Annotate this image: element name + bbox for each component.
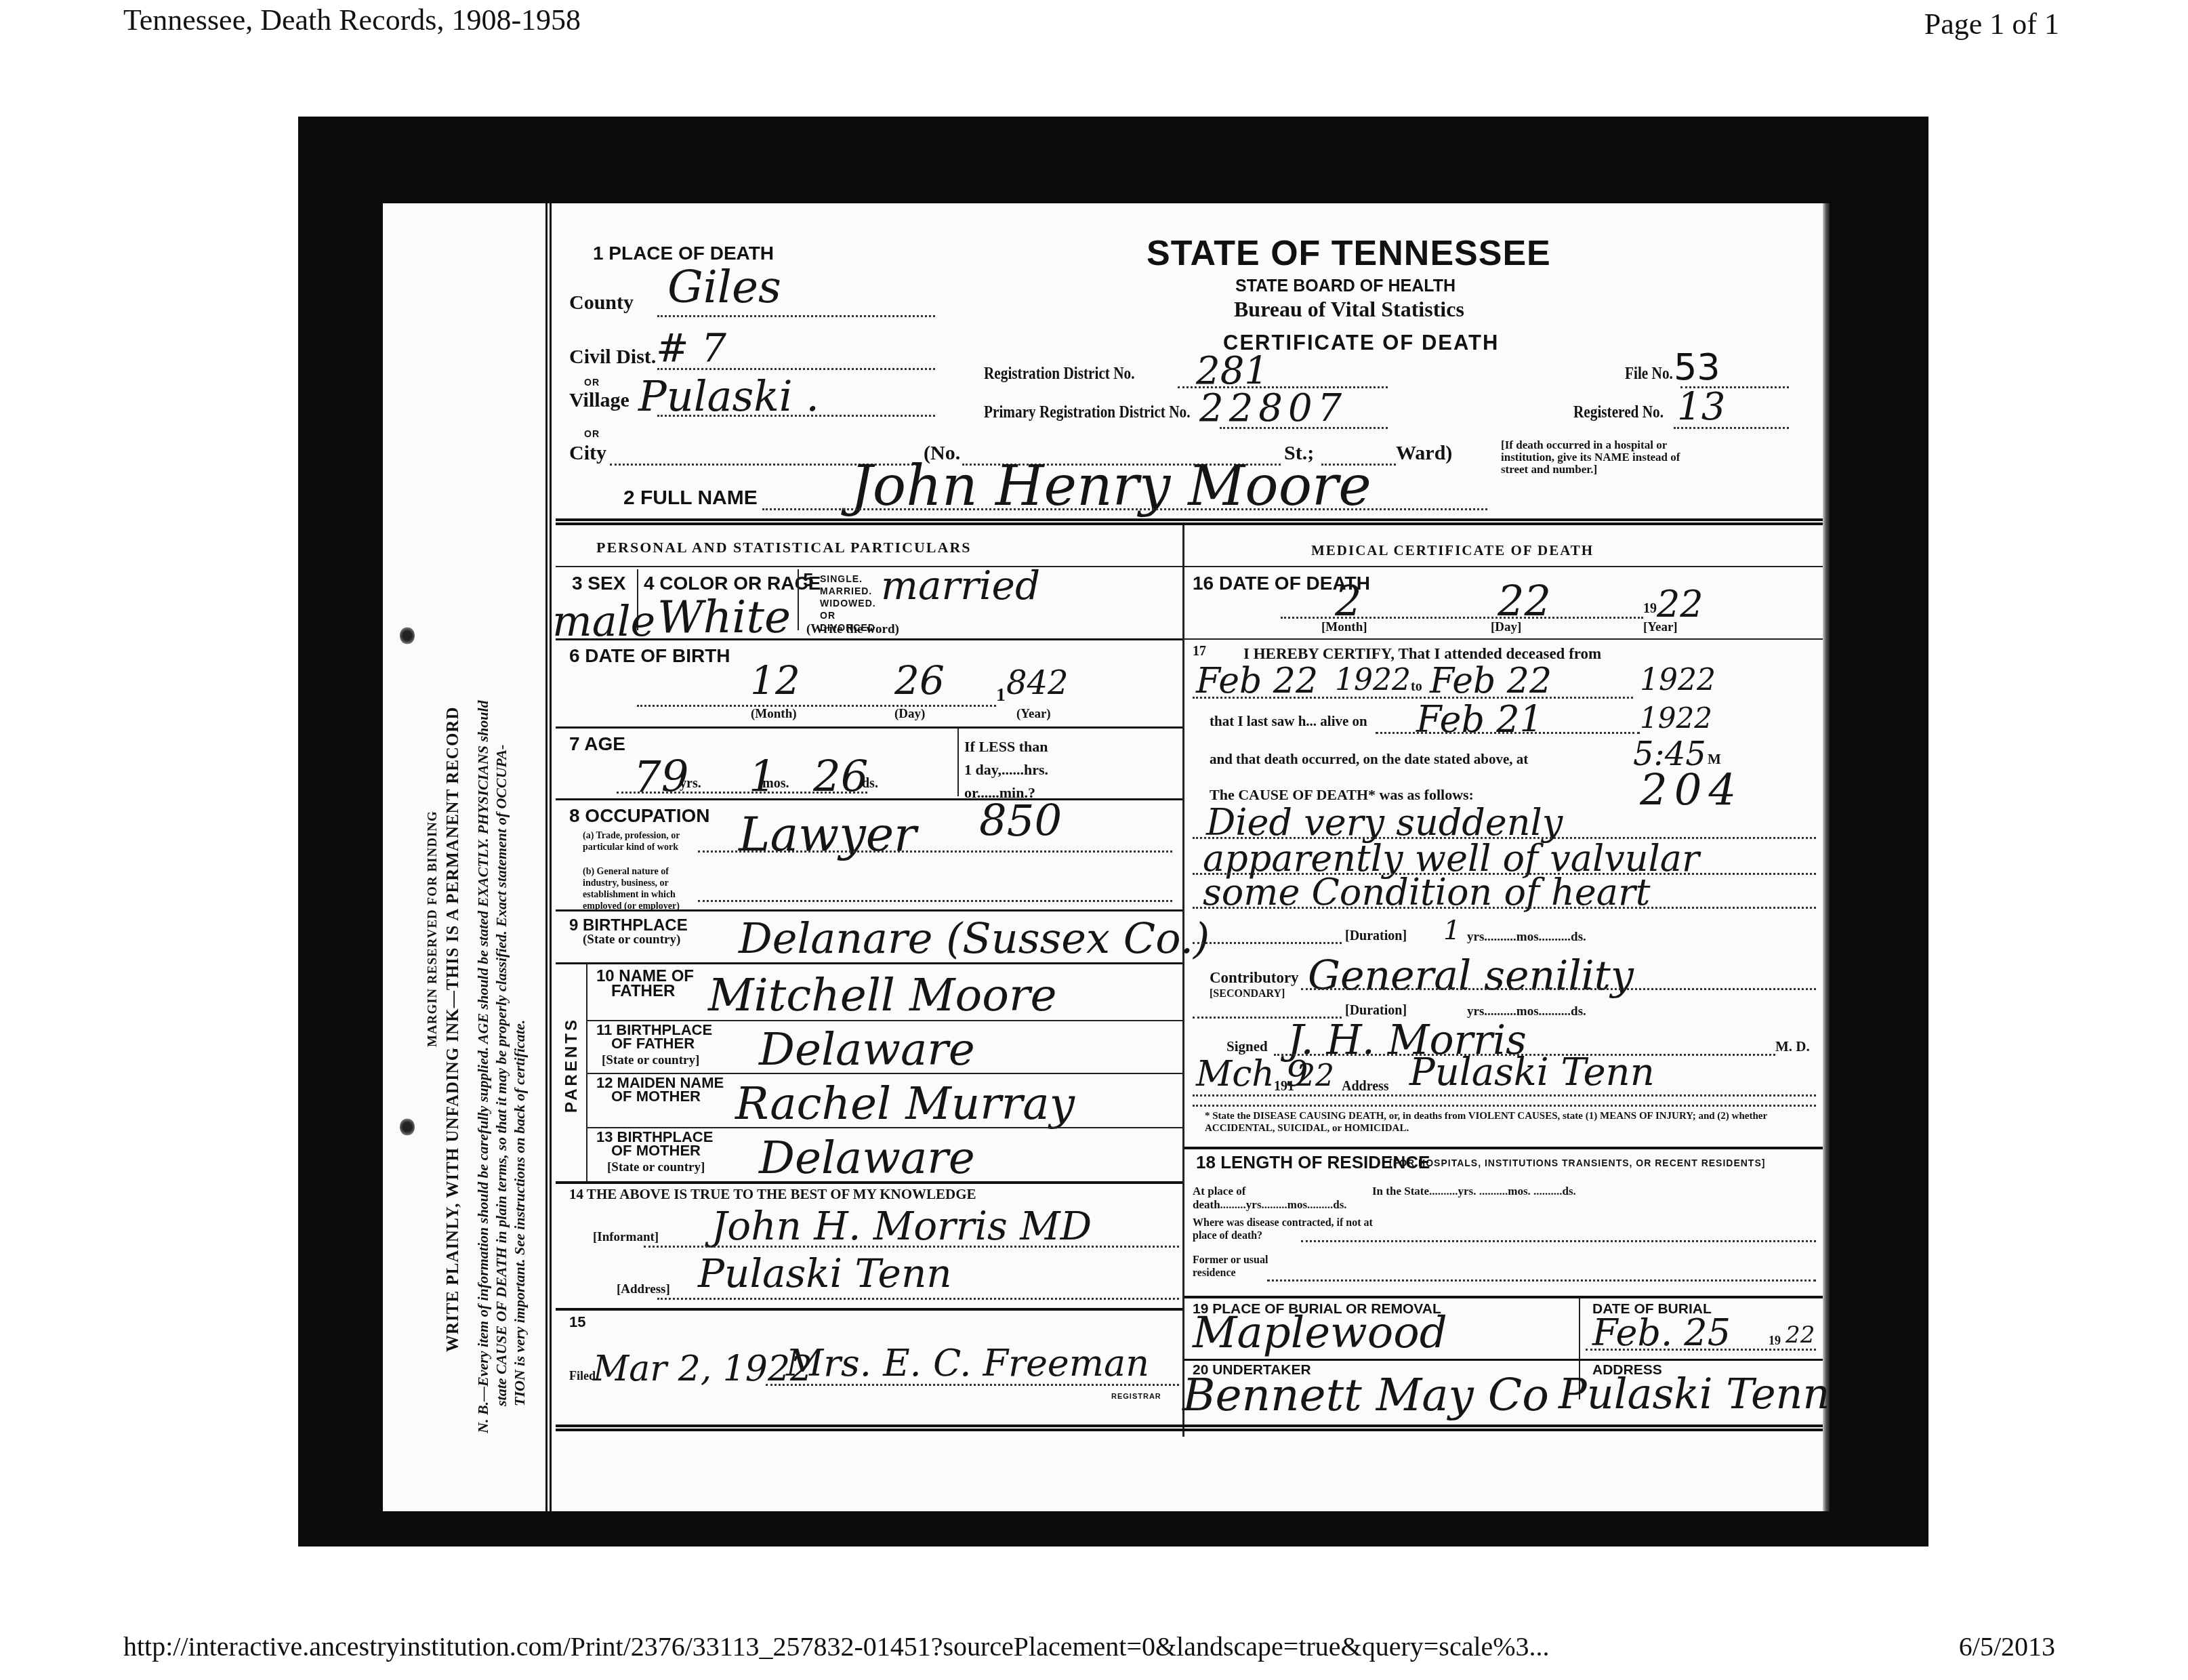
mos-label: mos. bbox=[762, 776, 789, 792]
state-title: STATE OF TENNESSEE bbox=[1147, 233, 1551, 274]
informant-label: [Informant] bbox=[593, 1230, 659, 1245]
parents-side-label: PARENTS bbox=[562, 1017, 581, 1113]
civil-dist-value: # 7 bbox=[656, 325, 726, 371]
occupation-value: Lawyer bbox=[739, 806, 917, 862]
sex-label: 3 SEX bbox=[572, 573, 625, 594]
burial-place-value: Maplewood bbox=[1193, 1308, 1447, 1358]
signed-year-prefix: 191 bbox=[1274, 1079, 1294, 1094]
last-saw-text: that I last saw h... alive on bbox=[1210, 713, 1367, 730]
ward-label: Ward) bbox=[1396, 442, 1452, 465]
county-label: County bbox=[569, 291, 634, 314]
registrar-value: Mrs. E. C. Freeman bbox=[786, 1342, 1149, 1385]
primary-district-label: Primary Registration District No. bbox=[984, 403, 1190, 422]
print-source-url: http://interactive.ancestryinstitution.c… bbox=[123, 1631, 1550, 1662]
less-than-day-note: If LESS than 1 day,......hrs. or......mi… bbox=[964, 735, 1048, 804]
signed-address-value: Pulaski Tenn bbox=[1409, 1050, 1655, 1094]
filed-section-num: 15 bbox=[569, 1313, 585, 1331]
marital-num: 5 bbox=[803, 569, 814, 591]
last-saw-date: Feb 21 bbox=[1416, 698, 1543, 741]
former-residence-label: Former or usual residence bbox=[1193, 1254, 1308, 1279]
occupation-a-hint: (a) Trade, profession, or particular kin… bbox=[583, 830, 691, 853]
dod-year-prefix: 19 bbox=[1643, 601, 1657, 617]
nb-instruction-line-3: TION is very important. See instructions… bbox=[511, 1020, 529, 1406]
occupation-code: 850 bbox=[979, 796, 1062, 846]
dob-label: 6 DATE OF BIRTH bbox=[569, 645, 730, 667]
binding-rule bbox=[545, 203, 552, 1511]
mother-name-label: 12 MAIDEN NAME OF MOTHER bbox=[596, 1076, 724, 1103]
dob-year: 842 bbox=[1006, 664, 1069, 702]
age-days: 26 bbox=[813, 752, 868, 802]
dob-year-prefix: 1 bbox=[996, 684, 1006, 706]
contributory-value: General senility bbox=[1308, 952, 1634, 1000]
informant-address-value: Pulaski Tenn bbox=[698, 1250, 952, 1296]
page-indicator: Page 1 of 1 bbox=[1924, 7, 2059, 41]
reg-district-label: Registration District No. bbox=[984, 365, 1134, 384]
father-birthplace-label: 11 BIRTHPLACE OF FATHER bbox=[596, 1023, 712, 1050]
residence-at-place: At place of death.........yrs.........mo… bbox=[1193, 1185, 1362, 1212]
undertaker-address-value: Pulaski Tenn bbox=[1559, 1369, 1830, 1418]
attended-from: Feb 22 bbox=[1196, 661, 1318, 701]
marital-hint: (Write the word) bbox=[806, 622, 899, 637]
primary-district-value: 22807 bbox=[1199, 386, 1347, 430]
attended-to: Feb 22 bbox=[1430, 661, 1552, 701]
day-hint: (Day) bbox=[894, 707, 925, 722]
civil-dist-label: Civil Dist. bbox=[569, 346, 656, 369]
filed-date: Mar 2, 1922 bbox=[593, 1349, 812, 1389]
mother-birthplace-label: 13 BIRTHPLACE OF MOTHER bbox=[596, 1130, 713, 1157]
dob-month: 12 bbox=[750, 657, 800, 703]
or-label: OR bbox=[584, 428, 600, 439]
attended-from-year: 1922 bbox=[1335, 663, 1411, 697]
print-date: 6/5/2013 bbox=[1959, 1631, 2055, 1662]
year-hint: (Year) bbox=[1016, 707, 1051, 722]
mother-birthplace-value: Delaware bbox=[759, 1132, 975, 1184]
cause-footnote: * State the DISEASE CAUSING DEATH, or, i… bbox=[1205, 1110, 1818, 1134]
father-birthplace-hint: [State or country] bbox=[602, 1053, 699, 1068]
village-value: Pulaski . bbox=[638, 371, 819, 421]
informant-address-label: [Address] bbox=[617, 1282, 670, 1297]
age-label: 7 AGE bbox=[569, 733, 625, 755]
month-hint: (Month) bbox=[751, 707, 797, 722]
print-collection-title: Tennessee, Death Records, 1908-1958 bbox=[123, 3, 581, 37]
death-certificate-form: STATE OF TENNESSEE STATE BOARD OF HEALTH… bbox=[556, 224, 1823, 1498]
punch-hole-icon bbox=[400, 627, 415, 644]
attended-to-year: 1922 bbox=[1640, 663, 1716, 697]
secondary-label: [SECONDARY] bbox=[1210, 988, 1285, 1000]
marital-value: married bbox=[881, 562, 1040, 609]
write-plainly-text: WRITE PLAINLY, WITH UNFADING INK—THIS IS… bbox=[444, 707, 463, 1352]
dod-month-hint: [Month] bbox=[1321, 620, 1367, 635]
village-label: Village bbox=[569, 389, 629, 412]
occupation-label: 8 OCCUPATION bbox=[569, 805, 709, 827]
dod-year: 22 bbox=[1657, 583, 1704, 626]
undertaker-value: Bennett May Co bbox=[1182, 1369, 1549, 1421]
dob-day: 26 bbox=[894, 657, 945, 703]
dod-year-hint: [Year] bbox=[1643, 620, 1678, 635]
residence-in-state: In the State..........yrs. ..........mos… bbox=[1372, 1185, 1819, 1198]
duration-units: yrs..........mos..........ds. bbox=[1467, 930, 1586, 945]
dod-day-hint: [Day] bbox=[1491, 620, 1521, 635]
hospital-note: [If death occurred in a hospital or inst… bbox=[1501, 439, 1697, 476]
race-value: White bbox=[657, 591, 791, 643]
birthplace-value: Delanare (Sussex Co.) bbox=[739, 914, 1210, 963]
registered-no-label: Registered No. bbox=[1573, 403, 1664, 422]
burial-date-value: Feb. 25 bbox=[1592, 1311, 1731, 1354]
yrs-label: yrs. bbox=[680, 776, 701, 792]
medical-section-title: MEDICAL CERTIFICATE OF DEATH bbox=[1311, 542, 1594, 559]
birthplace-hint: (State or country) bbox=[583, 933, 680, 947]
cause-code: 204 bbox=[1640, 766, 1743, 816]
registrar-label: REGISTRAR bbox=[1111, 1393, 1161, 1401]
board-title: STATE BOARD OF HEALTH bbox=[1235, 276, 1456, 296]
margin-reserved-text: MARGIN RESERVED FOR BINDING bbox=[426, 811, 440, 1047]
father-name-label: 10 NAME OF FATHER bbox=[596, 969, 694, 999]
nb-instruction-line-2: state CAUSE OF DEATH in plain terms, so … bbox=[493, 745, 510, 1406]
ds-label: ds. bbox=[862, 776, 878, 792]
disease-contracted-label: Where was disease contracted, if not at … bbox=[1193, 1216, 1382, 1242]
mother-birthplace-hint: [State or country] bbox=[607, 1160, 705, 1175]
city-label: City bbox=[569, 442, 606, 465]
informant-statement: 14 THE ABOVE IS TRUE TO THE BEST OF MY K… bbox=[569, 1186, 976, 1203]
father-birthplace-value: Delaware bbox=[759, 1023, 975, 1075]
or-label: OR bbox=[584, 377, 600, 388]
burial-year-value: 22 bbox=[1786, 1322, 1815, 1349]
mother-name-value: Rachel Murray bbox=[735, 1078, 1075, 1130]
father-name-value: Mitchell Moore bbox=[708, 969, 1057, 1021]
death-occurred-text: and that death occurred, on the date sta… bbox=[1210, 751, 1528, 768]
residence-note: [FOR HOSPITALS, INSTITUTIONS TRANSIENTS,… bbox=[1389, 1156, 1823, 1170]
nb-instruction-line-1: N. B.—Every item of information should b… bbox=[474, 700, 492, 1433]
duration-label: [Duration] bbox=[1345, 928, 1407, 944]
file-no-value: 53 bbox=[1674, 346, 1720, 388]
certify-num: 17 bbox=[1193, 644, 1206, 659]
occupation-b-hint: (b) General nature of industry, business… bbox=[583, 866, 698, 912]
file-no-label: File No. bbox=[1625, 365, 1673, 384]
signed-year: 22 bbox=[1296, 1059, 1334, 1093]
bureau-title: Bureau of Vital Statistics bbox=[1234, 297, 1464, 322]
filed-label: Filed bbox=[569, 1369, 596, 1383]
md-label: M. D. bbox=[1775, 1038, 1810, 1055]
to-label: to bbox=[1411, 679, 1422, 695]
paper-edge bbox=[1823, 203, 1830, 1511]
informant-value: John H. Morris MD bbox=[711, 1203, 1092, 1249]
signed-label: Signed bbox=[1226, 1038, 1268, 1055]
personal-section-title: PERSONAL AND STATISTICAL PARTICULARS bbox=[596, 539, 972, 556]
punch-hole-icon bbox=[400, 1118, 415, 1136]
signed-address-label: Address bbox=[1342, 1079, 1389, 1094]
contributory-label: Contributory bbox=[1210, 969, 1299, 987]
duration-years: 1 bbox=[1443, 915, 1460, 946]
registered-no-value: 13 bbox=[1677, 385, 1725, 429]
full-name-label: 2 FULL NAME bbox=[623, 487, 758, 510]
county-value: Giles bbox=[667, 261, 781, 313]
burial-year-prefix: 19 bbox=[1769, 1334, 1781, 1348]
last-saw-year: 1922 bbox=[1640, 701, 1712, 735]
